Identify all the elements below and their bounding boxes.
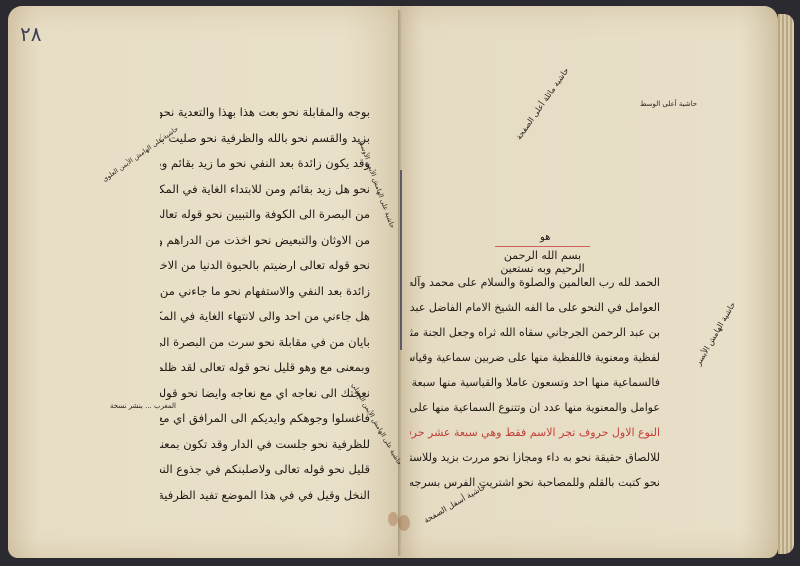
text-line: بزيد والقسم نحو بالله والظرفية نحو صليت … — [160, 126, 370, 152]
text-line: وبمعنى مع وهو قليل نحو قوله تعالى لقد ظل… — [160, 355, 370, 381]
text-line: بوجه والمقابلة نحو بعت هذا بهذا والتعدية… — [160, 100, 370, 126]
text-line: فالسماعية منها احد وتسعون عاملا والقياسي… — [410, 370, 660, 395]
text-line: من البصرة الى الكوفة والتبيين نحو قوله ت… — [160, 202, 370, 228]
text-line: وقد يكون زائدة بعد النفي نحو ما زيد بقائ… — [160, 151, 370, 177]
margin-note: المغرب ... بنشر نسخة — [110, 402, 176, 410]
right-main-text: الحمد لله رب العالمين والصلوة والسلام عل… — [410, 270, 660, 495]
margin-note: حاشية أعلى الوسط — [640, 100, 697, 108]
text-line: من الاوثان والتبعيض نحو اخذت من الدراهم … — [160, 228, 370, 254]
stain — [388, 512, 398, 526]
folio-number: ٢٨ — [20, 22, 41, 46]
text-line: للظرفية نحو جلست في الدار وقد تكون بمعنى… — [160, 432, 370, 458]
text-line: نحو كتبت بالقلم وللمصاحبة نحو اشتريت الف… — [410, 470, 660, 495]
text-line: بايان من في مقابلة نحو سرت من البصرة الى… — [160, 330, 370, 356]
text-line: نحو هل زيد بقائم ومن للابتداء الغاية في … — [160, 177, 370, 203]
left-main-text: بوجه والمقابلة نحو بعت هذا بهذا والتعدية… — [160, 100, 370, 508]
text-line: بن عبد الرحمن الجرجاني سقاه الله ثراه وج… — [410, 320, 660, 345]
text-line: النخل وقيل في في هذا الموضع تفيد الظرفية… — [160, 483, 370, 509]
text-line: لفظية ومعنوية فاللفظية منها على ضربين سم… — [410, 345, 660, 370]
text-line: زائدة بعد النفي والاستفهام نحو ما جاءني … — [160, 279, 370, 305]
text-line: نعجتك الى نعاجه اي مع نعاجه وايضا نحو قو… — [160, 381, 370, 407]
text-line: للالصاق حقيقة نحو به داء ومجازا نحو مررت… — [410, 445, 660, 470]
page-edges — [778, 14, 794, 554]
text-line: نحو قوله تعالى ارضيتم بالحيوة الدنيا من … — [160, 253, 370, 279]
text-line: هل جاءني من احد والى لانتهاء الغاية في ا… — [160, 304, 370, 330]
text-line: العوامل في النحو على ما الفه الشيخ الاما… — [410, 295, 660, 320]
heading-hu: هو — [540, 232, 550, 243]
red-heading: النوع الاول حروف تجر الاسم فقط وهي سبعة … — [410, 420, 660, 445]
stain — [398, 515, 410, 531]
text-line: قليل نحو قوله تعالى ولاصلبنكم في جذوع ال… — [160, 457, 370, 483]
text-line: الحمد لله رب العالمين والصلوة والسلام عل… — [410, 270, 660, 295]
text-line: عوامل والمعنوية منها عدد ان وتتنوع السما… — [410, 395, 660, 420]
text-line: فاغسلوا وجوهكم وايديكم الى المرافق اي مع… — [160, 406, 370, 432]
binding-thread — [400, 170, 402, 350]
